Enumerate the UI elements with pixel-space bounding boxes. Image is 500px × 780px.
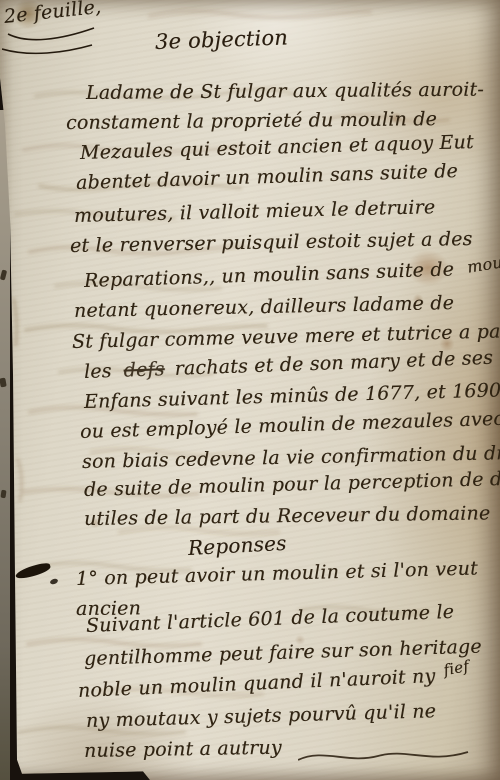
corner-note-flourish <box>2 22 102 58</box>
manuscript-line: moutures, il valloit mieux le detruire <box>74 196 436 227</box>
manuscript-line: utiles de la part du Receveur du domaine <box>84 502 491 530</box>
raised-word: fief <box>442 657 470 679</box>
under-page-writing-fragment <box>0 270 7 281</box>
manuscript-line: noble un moulin quand il n'auroit nyfief <box>78 664 470 702</box>
manuscript-line: Ladame de St fulgar aux qualités auroit- <box>86 79 484 104</box>
flourish-stroke <box>8 28 94 40</box>
manuscript-line: Enfans suivant les minûs de 1677, et 169… <box>84 379 500 413</box>
manuscript-page: 2e feuille, 3e objection Ladame de St fu… <box>0 0 500 780</box>
line-text: noble un moulin quand il n'auroit ny <box>78 665 436 702</box>
struck-word: defs <box>123 358 165 381</box>
manuscript-line: nuise point a autruy <box>84 737 282 762</box>
objection-heading: 3e objection <box>155 25 289 54</box>
manuscript-line: de suite de moulin pour la perception de… <box>84 467 500 501</box>
responses-heading: Reponses <box>187 531 287 560</box>
line-tail-word: moutures <box>466 246 500 277</box>
manuscript-line: son biais cedevne la vie confirmation du… <box>82 442 500 473</box>
end-flourish <box>298 746 473 770</box>
flourish-stroke <box>298 752 468 760</box>
line-text: rachats et de son mary et de ses <box>174 347 493 380</box>
manuscript-line: ny moutaux y sujets pourvû qu'il ne <box>86 700 437 732</box>
ink-speck <box>49 578 58 585</box>
flourish-stroke <box>2 45 92 53</box>
under-page-writing-fragment <box>0 490 6 499</box>
manuscript-line: netant quonereux, dailleurs ladame de <box>74 292 454 322</box>
manuscript-line: lesdefsrachats et de son mary et de ses <box>84 347 494 383</box>
manuscript-photo: 2e feuille, 3e objection Ladame de St fu… <box>0 0 500 780</box>
line-text: les <box>84 360 112 383</box>
manuscript-line: ou est employé le moulin de mezaules ave… <box>80 408 500 443</box>
manuscript-line: et le renverser puisquil estoit sujet a … <box>70 228 473 257</box>
manuscript-line: Reparations,, un moulin sans suite demou… <box>84 255 500 292</box>
manuscript-line: abentet davoir un moulin sans suite de <box>76 160 459 194</box>
manuscript-line: constament la proprieté du moulin de <box>66 108 437 134</box>
underlying-page-edge <box>0 110 10 780</box>
under-page-writing-fragment <box>0 378 7 388</box>
ink-blot <box>14 561 51 581</box>
manuscript-line: Mezaules qui estoit ancien et aquoy Eut <box>80 131 474 164</box>
line-text: Reparations,, un moulin sans suite de <box>84 258 455 292</box>
manuscript-line: 1° on peut avoir un moulin et si l'on ve… <box>76 557 478 590</box>
